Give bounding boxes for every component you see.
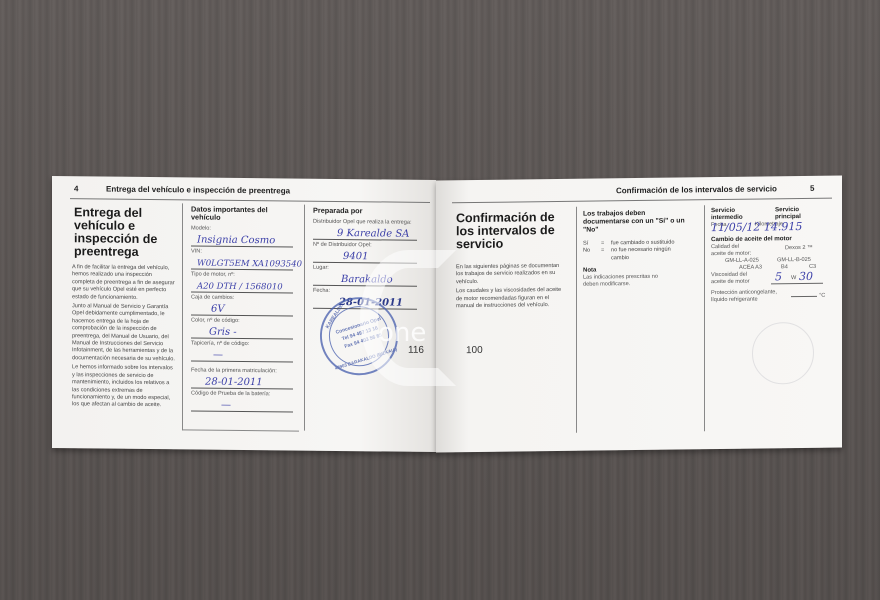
legend-eq: = <box>601 248 611 263</box>
handwritten-value: Barakaldo <box>341 274 393 286</box>
paragraph: En las siguientes páginas se documentan … <box>456 263 564 287</box>
handwritten-value: — <box>221 400 231 411</box>
right-page-header: Confirmación de los intervalos de servic… <box>616 184 777 195</box>
paragraph: Junto al Manual de Servicio y Garantía O… <box>72 303 176 363</box>
left-page-header: Entrega del vehículo e inspección de pre… <box>106 185 290 196</box>
dealer-field[interactable]: 9 Karealde SA <box>313 227 417 241</box>
oil-spec: GM-LL-B-025 <box>777 257 811 264</box>
header-rule <box>452 198 832 204</box>
col-intermediate-service: Servicio intermedio <box>711 207 755 222</box>
handwritten-value: A20 DTH / 1568010 <box>197 282 283 293</box>
field-label: Fecha: <box>313 288 417 296</box>
service-booklet: 4 Entrega del vehículo e inspección de p… <box>52 178 842 450</box>
left-page-number: 4 <box>74 184 78 193</box>
coolant-label: Protección anticongelante, líquido refri… <box>711 289 779 304</box>
model-field[interactable]: Insignia Cosmo <box>191 233 293 247</box>
coolant-field[interactable] <box>791 296 817 297</box>
viscosity-label: Viscosidad del aceite de motor <box>711 272 755 287</box>
handwritten-value: 11/05/12 14.915 <box>711 220 802 234</box>
left-page-body: A fin de facilitar la entrega del vehícu… <box>72 264 176 412</box>
field-label: VIN: <box>191 248 293 256</box>
paragraph: Los caudales y las viscosidades del acei… <box>456 287 564 311</box>
vin-field[interactable]: W0LGT5EM XA1093540 <box>191 256 293 270</box>
right-page-body: En las siguientes páginas se documentan … <box>456 263 564 313</box>
field-label: Código de Prueba de la batería: <box>191 390 293 398</box>
field-label: Color, nº de código: <box>191 317 293 325</box>
dealer-number-field[interactable]: 9401 <box>313 250 417 264</box>
place-field[interactable]: Barakaldo <box>313 273 417 287</box>
paragraph: A fin de facilitar la entrega del vehícu… <box>72 264 176 302</box>
right-page: Confirmación de los intervalos de servic… <box>436 176 842 453</box>
battery-code-field[interactable]: — <box>191 398 293 412</box>
handwritten-value: Gris - <box>209 327 237 338</box>
service-record-box: Servicio intermedio Servicio principal F… <box>704 204 829 432</box>
documentation-title: Los trabajos deben documentarse con un "… <box>583 209 693 234</box>
legend-text: no fue necesario ningún cambio <box>611 247 681 263</box>
legend-eq: = <box>601 240 611 248</box>
handwritten-value: 5 <box>775 270 782 283</box>
gearbox-field[interactable]: 6V <box>191 302 293 316</box>
right-page-title: Confirmación de los intervalos de servic… <box>456 211 560 251</box>
oil-quality-label: Calidad del aceite de motor: <box>711 244 755 259</box>
handwritten-value: 9401 <box>343 251 368 262</box>
viscosity-field[interactable]: 5 W 30 <box>771 269 823 285</box>
prepared-by-title: Preparada por <box>313 207 417 216</box>
handwritten-value: 30 <box>799 270 813 283</box>
header-rule <box>70 198 430 203</box>
handwritten-value: Insignia Cosmo <box>197 235 275 247</box>
vehicle-data-box: Datos importantes del vehículo Modelo: I… <box>182 203 299 431</box>
field-label: Lugar: <box>313 265 417 273</box>
handwritten-value: 6V <box>211 304 225 315</box>
engine-type-field[interactable]: A20 DTH / 1568010 <box>191 279 293 293</box>
viscosity-separator: W <box>791 275 796 282</box>
field-label: Fecha de la primera matriculación: <box>191 367 293 375</box>
coolant-unit: °C <box>819 293 825 300</box>
documentation-box: Los trabajos deben documentarse con un "… <box>576 205 699 433</box>
note-text: Las indicaciones prescritas no deben mod… <box>583 274 671 289</box>
upholstery-field[interactable]: — <box>191 348 293 362</box>
photo-counter: 100 <box>466 345 483 356</box>
left-page: 4 Entrega del vehículo e inspección de p… <box>52 176 436 452</box>
handwritten-value: 28-01-2011 <box>205 377 263 389</box>
first-registration-field[interactable]: 28-01-2011 <box>191 375 293 389</box>
handwritten-value: — <box>213 350 223 361</box>
color-field[interactable]: Gris - <box>191 325 293 339</box>
handwritten-value: 9 Karealde SA <box>337 228 409 240</box>
vehicle-data-title: Datos importantes del vehículo <box>191 205 293 222</box>
field-label: Caja de cambios: <box>191 294 293 302</box>
field-label: Nº de Distribuidor Opel: <box>313 242 417 250</box>
field-label: Distribuidor Opel que realiza la entrega… <box>313 219 417 227</box>
service-entry-field[interactable]: 11/05/12 14.915 <box>711 224 825 234</box>
paragraph: Le hemos informado sobre los intervalos … <box>72 364 176 410</box>
field-label: Tapicería, nº de código: <box>191 340 293 348</box>
col-main-service: Servicio principal <box>775 206 819 221</box>
field-label: Tipo de motor, nº: <box>191 271 293 279</box>
photo-counter: 116 <box>408 345 424 356</box>
legend-key: No <box>583 248 601 263</box>
oil-spec: Dexos 2 ™ <box>785 245 813 252</box>
handwritten-value: W0LGT5EM XA1093540 <box>197 259 302 270</box>
documentation-legend: Sí=fue cambiado o sustituido No=no fue n… <box>583 239 693 263</box>
right-page-number: 5 <box>810 184 814 193</box>
left-page-title: Entrega del vehículo e inspección de pre… <box>74 206 174 259</box>
field-label: Modelo: <box>191 225 293 233</box>
